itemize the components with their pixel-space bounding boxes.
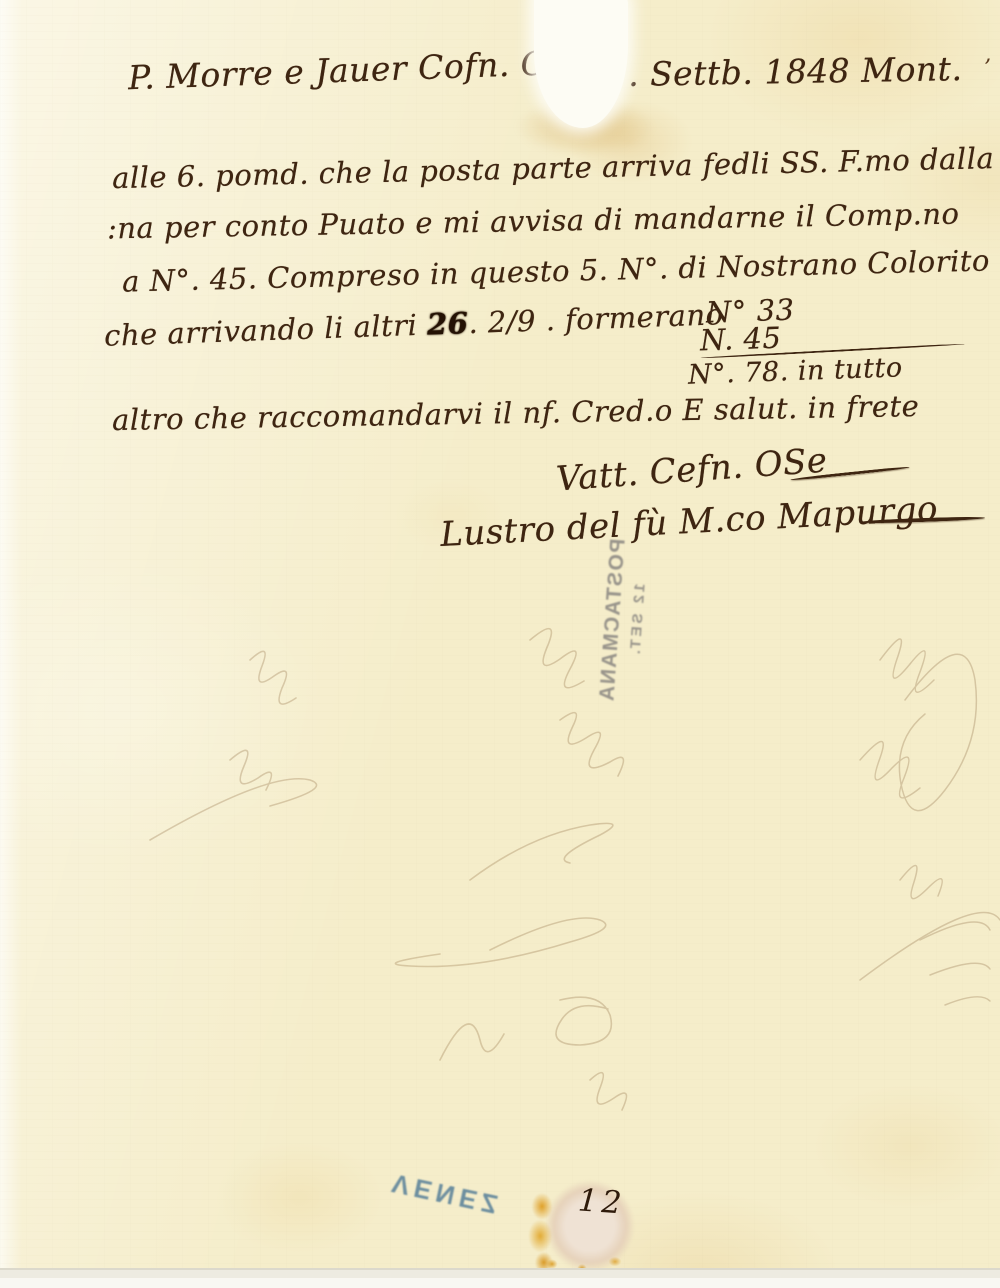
heading-sender: P. Morre e Jauer Cofn. Cam [127,42,599,97]
body-line-4-end: . 2/9 . formerano [468,297,724,340]
body-line-5: altro che raccomandarvi il nf. Cred.o E … [112,389,920,437]
tally-row-total: N°. 78. in tutto [688,352,904,390]
corrected-number-blot: 26 [426,306,469,341]
body-line-3: a N°. 45. Compreso in questo 5. N°. di N… [122,243,991,298]
bleedthrough-postmark-stamp: POSTACMANA 12 SET. [596,538,757,708]
heading-date: . Settb. 1848 Mont. [628,49,963,94]
letter-scan: P. Morre e Jauer Cofn. Cam . Settb. 1848… [0,0,1000,1288]
tally-row-45: N. 45 [699,321,781,358]
scan-bottom-edge [0,1268,1000,1288]
signature-closing: Vatt. Cefn. OSe [555,441,829,500]
page-number: 12 [577,1182,627,1221]
edge-ink-mark: ’ [984,56,991,81]
body-line-4: che arrivando li altri 26. 2/9 . formera… [104,297,724,353]
body-line-2: :na per conto Puato e mi avvisa di manda… [107,197,960,246]
body-line-4-start: che arrivando li altri [104,308,418,353]
